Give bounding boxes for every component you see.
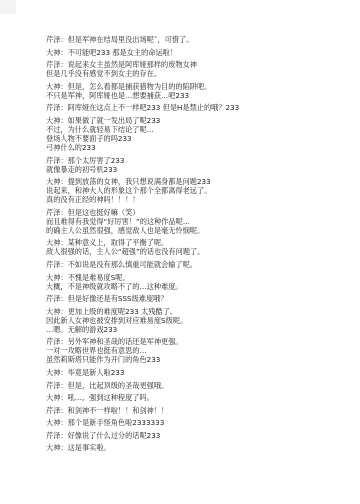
dialogue-entry: 芹泽：说起来女主虽然是阿库娅那样的废物女神但是几乎没有感觉不到女主的存在。: [46, 60, 346, 78]
dialogue-line: 芹泽：另外军神和圣哉的话还是军神更强。: [46, 337, 346, 346]
dialogue-line: 芹泽：好像说了什么过分的话呢233: [46, 431, 346, 440]
dialogue-line: 大神：那个是新手怪角色啦2333333: [46, 418, 346, 427]
dialogue-line: 芹泽：说起来女主虽然是阿库娅那样的废物女神: [46, 60, 346, 69]
dialogue-entry: 芹泽：但是这也挺好嘛（笑）而且难得有我觉得“好厉害！”的这种作品呢…的确主人公虽…: [46, 208, 346, 235]
dialogue-line: 芹泽：那个太厉害了233: [46, 156, 346, 165]
dialogue-entry: 大神：但是，怎么看都是捕获猎物为目的的陷阱吧。不只是军神，阿库娅也是…想要捕获……: [46, 82, 346, 100]
dialogue-entry: 芹泽：那个太厉害了233就像暴走的初号机233: [46, 156, 346, 174]
dialogue-line: 一对一攻略世界也挺有意思的…: [46, 346, 346, 355]
dialogue-entry: 大神：提到放荡的女神，我只想说满身都是问题233说起来，和神大人的形象这个那个全…: [46, 177, 346, 204]
corner-mark: [0, 0, 16, 14]
dialogue-line: 的确主人公虽然很强，感觉敌人也是毫无怜悯呢。: [46, 226, 346, 235]
dialogue-line: 因此新人女神也被安排到对应难易度S级呢。: [46, 316, 346, 325]
dialogue-line: 芹泽：和剑神不一样啦！！和剑神！！: [46, 406, 346, 415]
dialogue-entry: 大神：更加上级的难度呢233 太残酷了。因此新人女神也被安排到对应难易度S级呢。…: [46, 307, 346, 334]
dialogue-line: 但是几乎没有感觉不到女主的存在。: [46, 69, 346, 78]
dialogue-entry: 芹泽：另外军神和圣哉的话还是军神更强。一对一攻略世界也挺有意思的…虽然莉斯塔只能…: [46, 337, 346, 364]
dialogue-entry: 芹泽：但是，比起顶级的圣哉更强哦。: [46, 381, 346, 390]
dialogue-line: 芹泽：但是这也挺好嘛（笑）: [46, 208, 346, 217]
dialogue-line: 虽然莉斯塔只能作为开门的角色233: [46, 355, 346, 364]
dialogue-line: 不过，为什么就轻易下结论了呢…: [46, 125, 346, 134]
dialogue-line: 大神：不愧是难易度S呢。: [46, 273, 346, 282]
dialogue-entry: 芹泽：不如说是没有那么慎重可能就会输了呢。: [46, 260, 346, 269]
dialogue-line: 就像暴走的初号机233: [46, 165, 346, 174]
dialogue-line: 真的没有正经的神吗！！！！: [46, 195, 346, 204]
dialogue-line: 芹泽：但是，比起顶级的圣哉更强哦。: [46, 381, 346, 390]
dialogue-entry: 芹泽：阿库娅在这点上不一样吧233 但是H是禁止的哦？233: [46, 103, 346, 112]
dialogue-line: 芹泽：但是军神在结局里没出场呢˜，可惜了。: [46, 35, 346, 44]
dialogue-line: 大神：但是，怎么看都是捕获猎物为目的的陷阱吧。: [46, 82, 346, 91]
dialogue-line: 敌人很强的话，主人公“超强”的话也没有问题了。: [46, 247, 346, 256]
dialogue-line: 登场人物不要面子的吗233: [46, 134, 346, 143]
dialogue-line: 大神：提到放荡的女神，我只想说满身都是问题233: [46, 177, 346, 186]
dialogue-line: 大神：某种意义上，取得了平衡了呢。: [46, 238, 346, 247]
dialogue-line: 大神：不可能吧233 那是女主的命运啦！: [46, 48, 346, 57]
dialogue-line: 芹泽：不如说是没有那么慎重可能就会输了呢。: [46, 260, 346, 269]
dialogue-line: 弓神什么的233: [46, 143, 346, 152]
dialogue-line: 大概，不是神级就攻略不了的…这种难度。: [46, 282, 346, 291]
dialogue-line: 不只是军神，阿库娅也是…想要捕获…吧233: [46, 91, 346, 100]
dialogue-entry: 芹泽：但是好像还是有SSS级难度哦？: [46, 294, 346, 303]
dialogue-line: 芹泽：但是好像还是有SSS级难度哦？: [46, 294, 346, 303]
dialogue-entry: 大神：某种意义上，取得了平衡了呢。敌人很强的话，主人公“超强”的话也没有问题了。: [46, 238, 346, 256]
dialogue-line: 大神：如果做了就一发出局了呢233: [46, 116, 346, 125]
dialogue-entry: 大神：这是事实啦。: [46, 443, 346, 452]
dialogue-line: 大神：更加上级的难度呢233 太残酷了。: [46, 307, 346, 316]
dialogue-line: 而且难得有我觉得“好厉害！”的这种作品呢…: [46, 217, 346, 226]
dialogue-line: 大神：吼…。强到这种程度了吗。: [46, 393, 346, 402]
dialogue-line: 大神：这是事实啦。: [46, 443, 346, 452]
dialogue-entry: 芹泽：和剑神不一样啦！！和剑神！！: [46, 406, 346, 415]
dialogue-line: 说起来，和神大人的形象这个那个全都离得老远了。: [46, 186, 346, 195]
dialogue-entry: 大神：吼…。强到这种程度了吗。: [46, 393, 346, 402]
dialogue-entry: 芹泽：但是军神在结局里没出场呢˜，可惜了。: [46, 35, 346, 44]
dialogue-entry: 大神：不愧是难易度S呢。大概，不是神级就攻略不了的…这种难度。: [46, 273, 346, 291]
dialogue-entry: 大神：那个是新手怪角色啦2333333: [46, 418, 346, 427]
dialogue-line: 大神：毕竟是新人啦233: [46, 368, 346, 377]
dialogue-entry: 大神：如果做了就一发出局了呢233不过，为什么就轻易下结论了呢…登场人物不要面子…: [46, 116, 346, 152]
dialogue-entry: 大神：不可能吧233 那是女主的命运啦！: [46, 48, 346, 57]
dialogue-line: 芹泽：阿库娅在这点上不一样吧233 但是H是禁止的哦？233: [46, 103, 346, 112]
dialogue-document: 芹泽：但是军神在结局里没出场呢˜，可惜了。大神：不可能吧233 那是女主的命运啦…: [46, 35, 346, 456]
dialogue-entry: 大神：毕竟是新人啦233: [46, 368, 346, 377]
dialogue-entry: 芹泽：好像说了什么过分的话呢233: [46, 431, 346, 440]
dialogue-line: …嗯。无解的游戏233: [46, 325, 346, 334]
